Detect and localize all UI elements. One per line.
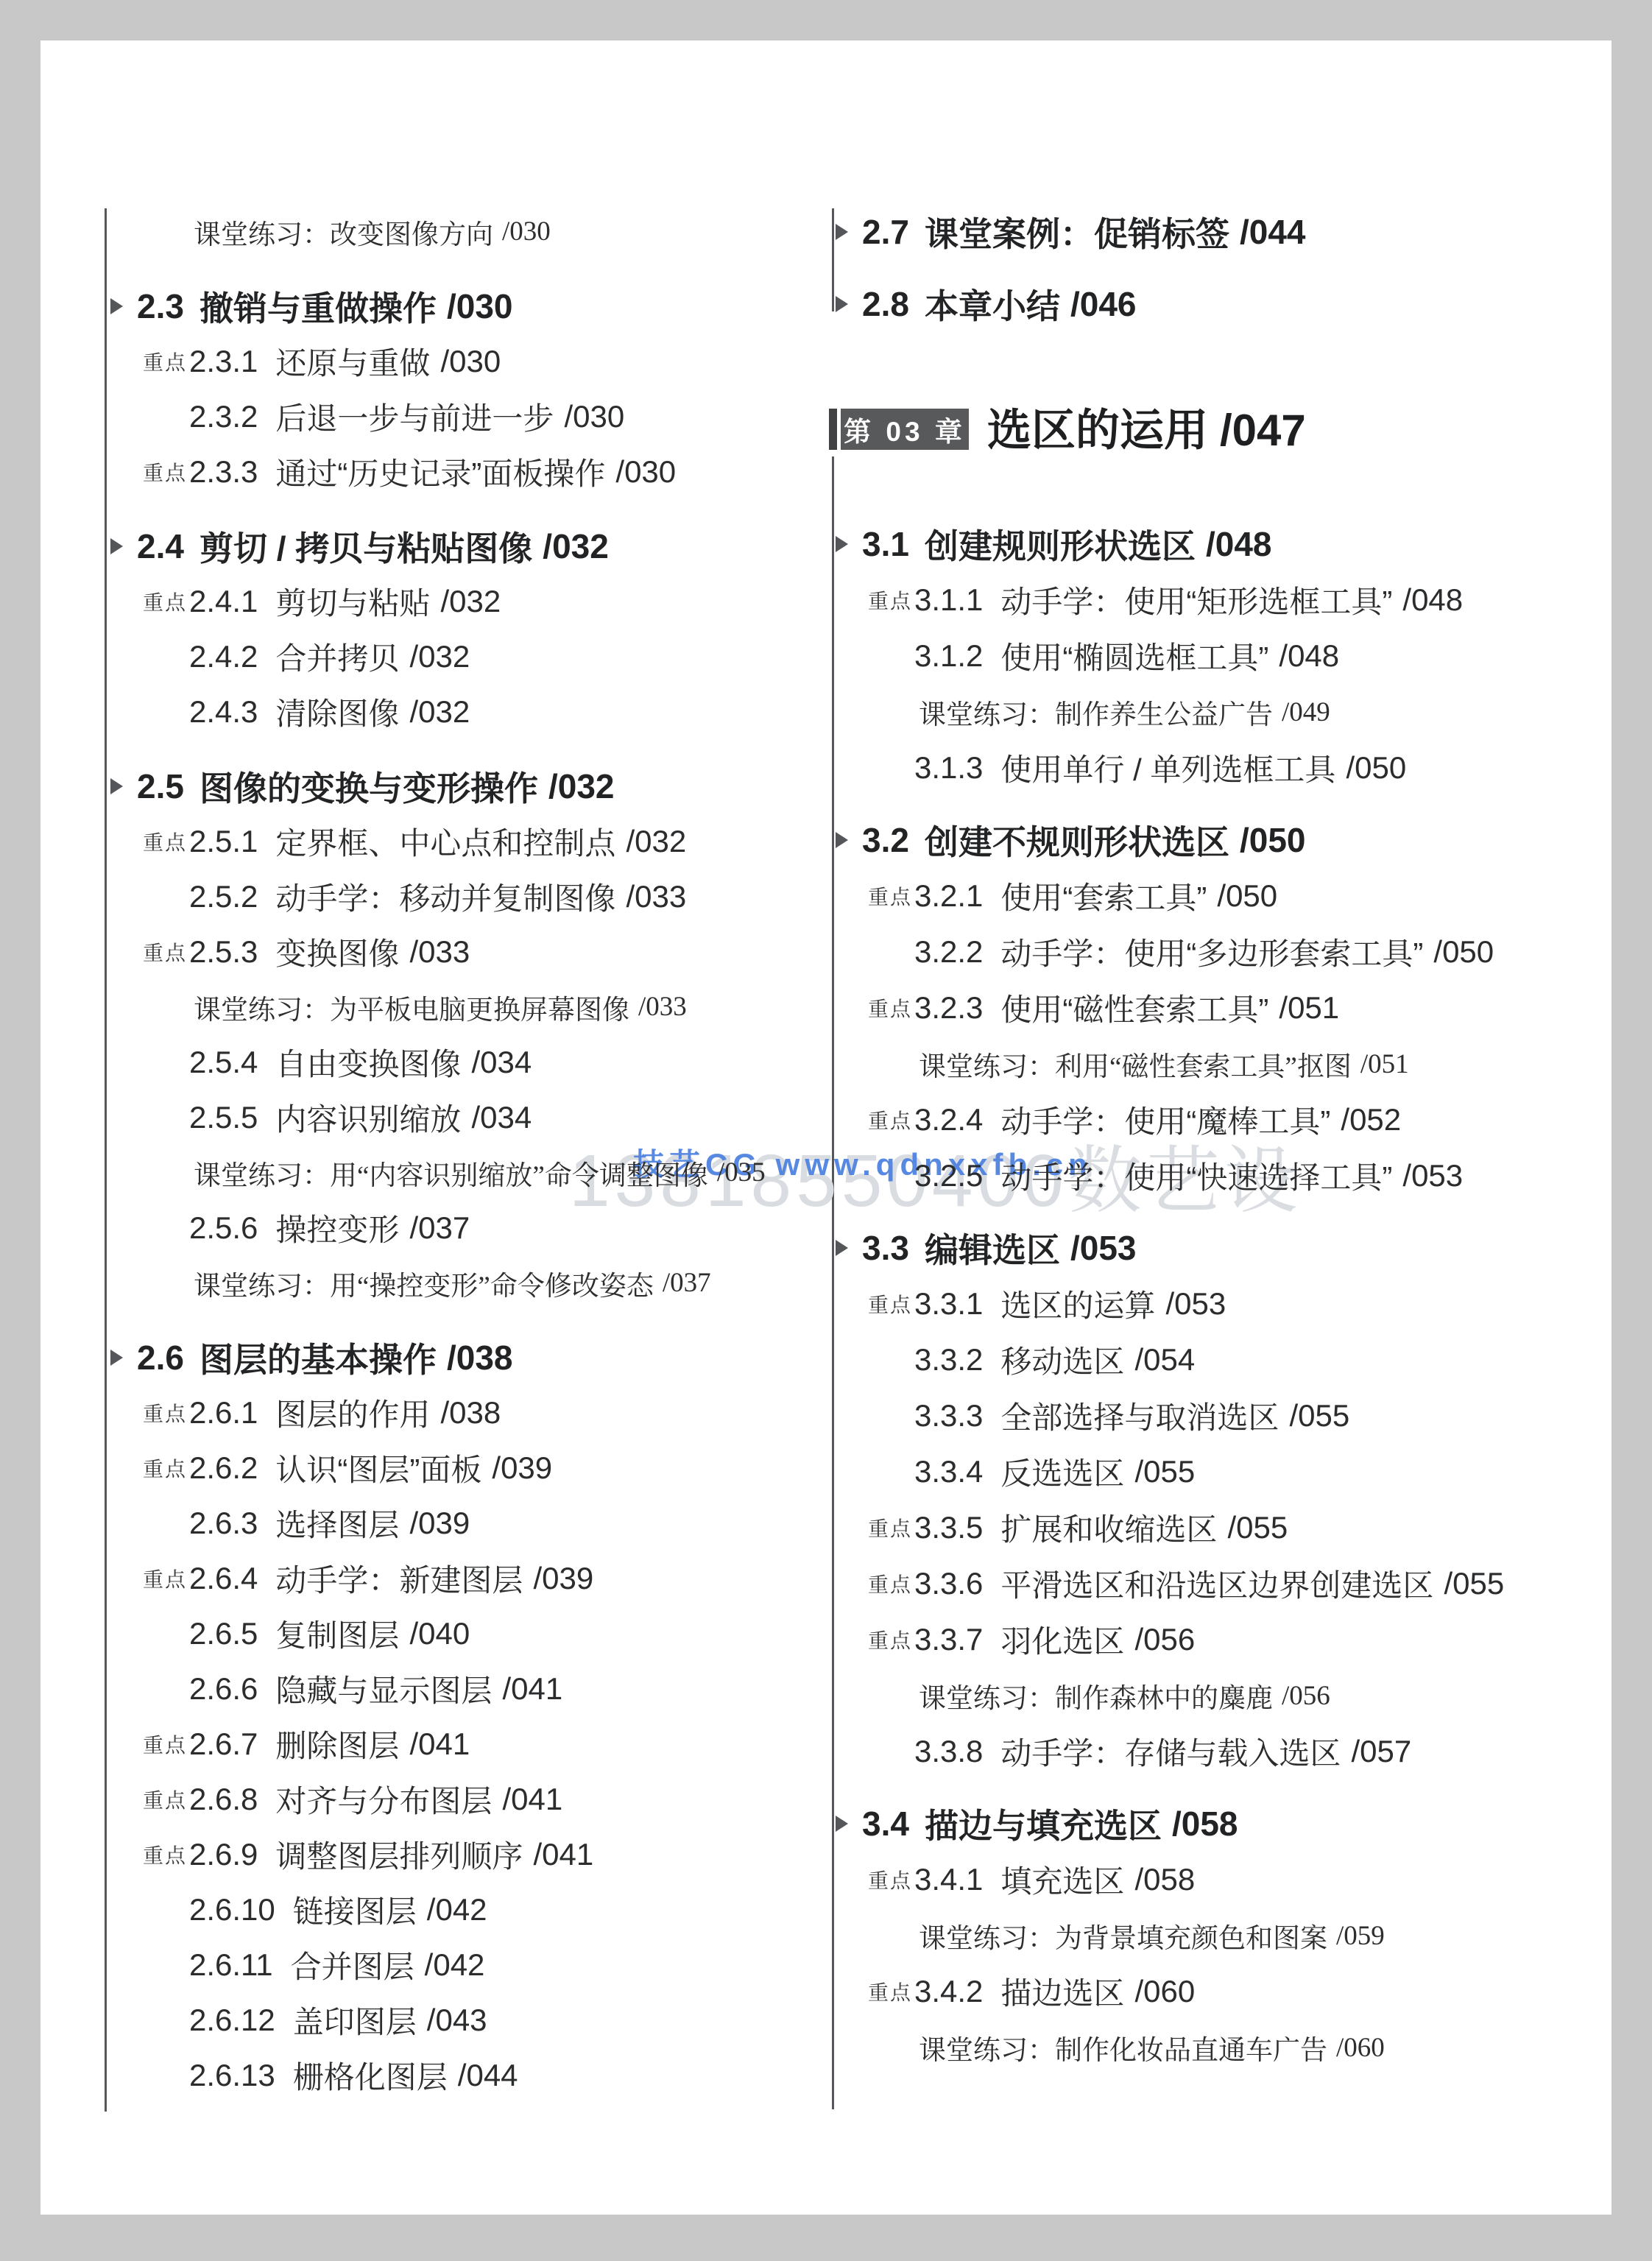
item-number: 2.6.1 (189, 1395, 258, 1431)
important-badge: 重点 (143, 1729, 187, 1759)
toc-item-sub: 2.6.5复制图层/040 (40, 1606, 766, 1661)
toc-item-section: 2.7课堂案例：促销标签/044 (766, 204, 1612, 260)
item-page: /039 (533, 1561, 593, 1596)
item-page: /032 (548, 766, 615, 806)
item-page: /058 (1172, 1804, 1238, 1844)
toc-item-exercise: 课堂练习：制作养生公益广告/049 (766, 684, 1612, 740)
item-number: 3.2.2 (914, 934, 983, 970)
toc-item-exercise: 课堂练习：用“操控变形”命令修改姿态/037 (40, 1255, 766, 1311)
section-marker-icon (110, 538, 123, 554)
item-title: 扩展和收缩选区 (1000, 1506, 1217, 1550)
item-page: /053 (1165, 1286, 1226, 1322)
important-badge: 重点 (868, 1105, 912, 1135)
section-marker-icon (836, 536, 848, 552)
exercise-label: 课堂练习：制作森林中的麋鹿 (919, 1676, 1273, 1715)
item-number: 3.3.2 (914, 1342, 983, 1378)
item-title: 使用“椭圆选框工具” (1000, 634, 1268, 678)
item-page: /050 (1346, 750, 1406, 786)
toc-item-sub: 2.4.3清除图像/032 (40, 684, 766, 739)
item-number: 3.1.3 (914, 750, 983, 786)
item-page: /050 (1433, 934, 1494, 970)
item-number: 2.5.1 (189, 824, 258, 859)
item-title: 描边与填充选区 (925, 1799, 1162, 1848)
item-number: 3.2.3 (914, 990, 983, 1026)
toc-item-sub: 重点2.3.1还原与重做/030 (40, 334, 766, 389)
item-title: 全部选择与取消选区 (1000, 1394, 1279, 1438)
important-badge: 重点 (143, 1840, 187, 1869)
item-page: /057 (1351, 1734, 1411, 1769)
item-page: /055 (1289, 1398, 1349, 1433)
item-page: /030 (447, 286, 513, 326)
chapter-title-group: 选区的运用/047 (987, 395, 1306, 459)
item-page: /058 (1134, 1862, 1195, 1897)
item-title: 变换图像 (275, 930, 399, 974)
toc-item-sub: 3.1.2使用“椭圆选框工具”/048 (766, 628, 1612, 684)
item-page: /049 (1282, 696, 1330, 728)
item-title: 通过“历史记录”面板操作 (275, 450, 605, 494)
item-title: 合并拷贝 (275, 635, 399, 679)
toc-item-sub: 重点2.6.1图层的作用/038 (40, 1385, 766, 1440)
item-page: /048 (1402, 582, 1463, 618)
toc-item-section: 2.8本章小结/046 (766, 276, 1612, 332)
item-title: 图层的作用 (275, 1391, 430, 1435)
toc-item-sub: 2.6.13栅格化图层/044 (40, 2047, 766, 2103)
item-page: /030 (615, 454, 676, 490)
toc-item-section: 2.5图像的变换与变形操作/032 (40, 758, 766, 814)
item-page: /041 (502, 1782, 562, 1817)
toc-item-sub: 3.2.5动手学：使用“快速选择工具”/053 (766, 1148, 1612, 1204)
toc-item-sub: 3.2.2动手学：使用“多边形套索工具”/050 (766, 924, 1612, 980)
item-page: /042 (425, 1947, 485, 1983)
item-number: 2.3.2 (189, 399, 258, 434)
item-number: 2.6.12 (189, 2003, 275, 2038)
item-title: 编辑选区 (925, 1224, 1060, 1272)
chapter-title: 选区的运用 (987, 406, 1208, 455)
item-title: 清除图像 (275, 690, 399, 734)
item-title: 栅格化图层 (293, 2053, 448, 2098)
item-title: 盖印图层 (293, 1998, 417, 2042)
item-title: 描边选区 (1000, 1969, 1124, 2014)
item-page: /038 (447, 1338, 513, 1378)
toc-item-sub: 2.5.5内容识别缩放/034 (40, 1090, 766, 1145)
item-page: /038 (440, 1395, 501, 1431)
item-page: /044 (458, 2058, 518, 2093)
toc-item-section: 2.4剪切 / 拷贝与粘贴图像/032 (40, 518, 766, 574)
important-badge: 重点 (143, 937, 187, 967)
item-title: 使用“磁性套索工具” (1000, 986, 1268, 1030)
item-page: /041 (409, 1726, 470, 1762)
toc-item-exercise: 课堂练习：制作化妆品直通车广告/060 (766, 2020, 1612, 2075)
toc-item-exercise: 课堂练习：改变图像方向/030 (40, 204, 766, 259)
chapter-number-badge: 第 03 章 (841, 409, 969, 450)
toc-item-sub: 重点3.2.3使用“磁性套索工具”/051 (766, 980, 1612, 1036)
section-marker-icon (836, 1240, 848, 1256)
toc-item-sub: 3.1.3使用单行 / 单列选框工具/050 (766, 740, 1612, 796)
item-page: /052 (1341, 1102, 1401, 1137)
toc-item-exercise: 课堂练习：用“内容识别缩放”命令调整图像/035 (40, 1145, 766, 1200)
toc-item-sub: 重点3.3.5扩展和收缩选区/055 (766, 1500, 1612, 1556)
item-title: 操控变形 (275, 1206, 399, 1250)
item-title: 选区的运算 (1000, 1282, 1155, 1326)
item-title: 动手学：移动并复制图像 (275, 875, 615, 919)
item-page: /060 (1336, 2032, 1385, 2064)
important-badge: 重点 (143, 1453, 187, 1483)
item-title: 调整图层排列顺序 (275, 1833, 523, 1877)
toc-column-left: 课堂练习：改变图像方向/0302.3撤销与重做操作/030重点2.3.1还原与重… (40, 204, 766, 2103)
important-badge: 重点 (143, 457, 187, 487)
section-marker-icon (836, 1816, 848, 1832)
toc-item-sub: 重点3.2.4动手学：使用“魔棒工具”/052 (766, 1092, 1612, 1148)
exercise-label: 课堂练习：为平板电脑更换屏幕图像 (194, 987, 629, 1027)
chapter-page: /047 (1220, 406, 1306, 455)
item-title: 内容识别缩放 (275, 1096, 461, 1140)
important-badge: 重点 (143, 587, 187, 616)
item-page: /053 (1402, 1158, 1463, 1193)
item-page: /030 (564, 399, 624, 434)
item-title: 复制图层 (275, 1612, 399, 1656)
important-badge: 重点 (868, 1977, 912, 2006)
toc-item-sub: 重点2.6.8对齐与分布图层/041 (40, 1771, 766, 1827)
item-page: /056 (1134, 1622, 1195, 1657)
exercise-label: 课堂练习：制作养生公益广告 (919, 692, 1273, 732)
item-title: 使用单行 / 单列选框工具 (1000, 746, 1335, 790)
item-title: 图层的基本操作 (200, 1333, 437, 1382)
toc-item-sub: 重点3.1.1动手学：使用“矩形选框工具”/048 (766, 572, 1612, 628)
important-badge: 重点 (868, 1865, 912, 1894)
item-page: /034 (471, 1100, 532, 1135)
item-title: 自由变换图像 (275, 1040, 461, 1084)
item-title: 删除图层 (275, 1722, 399, 1766)
section-marker-icon (110, 1350, 123, 1366)
item-title: 认识“图层”面板 (275, 1446, 481, 1490)
important-badge: 重点 (143, 1398, 187, 1428)
important-badge: 重点 (143, 827, 187, 856)
toc-item-sub: 重点2.6.9调整图层排列顺序/041 (40, 1827, 766, 1882)
item-number: 3.3.5 (914, 1510, 983, 1545)
important-badge: 重点 (868, 1289, 912, 1319)
important-badge: 重点 (143, 1564, 187, 1593)
exercise-label: 课堂练习：改变图像方向 (194, 212, 493, 252)
toc-item-sub: 3.3.2移动选区/054 (766, 1332, 1612, 1388)
book-page: 13818550400数艺设 技艺CG www.qdnxxfb.cn 课堂练习：… (40, 40, 1612, 2215)
item-number: 3.2 (862, 820, 909, 860)
item-number: 3.3.6 (914, 1566, 983, 1601)
item-title: 选择图层 (275, 1501, 399, 1545)
item-title: 羽化选区 (1000, 1618, 1124, 1662)
item-title: 动手学：存储与载入选区 (1000, 1729, 1341, 1774)
toc-item-exercise: 课堂练习：利用“磁性套索工具”抠图/051 (766, 1036, 1612, 1092)
item-number: 3.4.1 (914, 1862, 983, 1897)
item-page: /051 (1360, 1048, 1409, 1080)
item-page: /039 (409, 1506, 470, 1541)
toc-item-exercise: 课堂练习：为背景填充颜色和图案/059 (766, 1908, 1612, 1964)
item-page: /041 (502, 1671, 562, 1707)
toc-item-section: 3.2创建不规则形状选区/050 (766, 812, 1612, 868)
item-number: 2.5.3 (189, 934, 258, 970)
toc-item-sub: 重点2.5.3变换图像/033 (40, 924, 766, 979)
item-page: /048 (1206, 524, 1272, 564)
item-page: /032 (409, 694, 470, 730)
item-page: /032 (409, 639, 470, 674)
item-page: /054 (1134, 1342, 1195, 1378)
toc-item-section: 2.6图层的基本操作/038 (40, 1330, 766, 1385)
item-title: 还原与重做 (275, 339, 430, 384)
item-title: 链接图层 (293, 1888, 417, 1932)
important-badge: 重点 (143, 1785, 187, 1814)
item-number: 3.2.5 (914, 1158, 983, 1193)
item-page: /059 (1336, 1920, 1385, 1952)
toc-item-sub: 2.5.6操控变形/037 (40, 1200, 766, 1255)
item-number: 3.1.1 (914, 582, 983, 618)
toc-item-sub: 重点3.3.1选区的运算/053 (766, 1276, 1612, 1332)
item-page: /050 (1217, 878, 1277, 914)
item-page: /044 (1240, 212, 1306, 252)
toc-item-sub: 2.6.10链接图层/042 (40, 1882, 766, 1937)
toc-item-sub: 重点3.3.6平滑选区和沿选区边界创建选区/055 (766, 1556, 1612, 1612)
item-number: 2.6.3 (189, 1506, 258, 1541)
item-number: 2.5.2 (189, 879, 258, 914)
toc-item-sub: 重点2.6.4动手学：新建图层/039 (40, 1551, 766, 1606)
item-number: 2.5 (137, 766, 184, 806)
item-title: 合并图层 (291, 1943, 414, 1987)
item-page: /051 (1279, 990, 1339, 1026)
item-number: 2.4.1 (189, 584, 258, 619)
toc-item-sub: 重点3.2.1使用“套索工具”/050 (766, 868, 1612, 924)
item-page: /030 (440, 344, 501, 379)
toc-item-sub: 2.5.2动手学：移动并复制图像/033 (40, 869, 766, 924)
toc-item-section: 3.4描边与填充选区/058 (766, 1796, 1612, 1852)
item-number: 2.6.8 (189, 1782, 258, 1817)
section-marker-icon (836, 832, 848, 848)
item-page: /048 (1279, 638, 1339, 674)
important-badge: 重点 (143, 347, 187, 376)
item-page: /033 (626, 879, 686, 914)
item-page: /033 (638, 991, 687, 1023)
exercise-label: 课堂练习：用“内容识别缩放”命令调整图像 (194, 1153, 708, 1193)
toc-item-section: 3.3编辑选区/053 (766, 1220, 1612, 1276)
toc-item-sub: 2.6.12盖印图层/043 (40, 1992, 766, 2047)
item-page: /032 (440, 584, 501, 619)
item-title: 动手学：使用“矩形选框工具” (1000, 578, 1392, 622)
item-number: 3.3.7 (914, 1622, 983, 1657)
section-marker-icon (110, 298, 123, 314)
scanned-toc-page: { "page": { "background_color": "#c8c8c8… (0, 0, 1652, 2261)
toc-item-sub: 3.3.4反选选区/055 (766, 1444, 1612, 1500)
section-marker-icon (836, 224, 848, 240)
toc-item-sub: 重点2.6.2认识“图层”面板/039 (40, 1440, 766, 1495)
item-page: /041 (533, 1837, 593, 1872)
toc-column-right: 2.7课堂案例：促销标签/0442.8本章小结/046第 03 章选区的运用/0… (766, 204, 1612, 2075)
item-title: 动手学：新建图层 (275, 1556, 523, 1601)
exercise-label: 课堂练习：制作化妆品直通车广告 (919, 2028, 1327, 2067)
item-page: /037 (409, 1210, 470, 1246)
important-badge: 重点 (868, 1625, 912, 1654)
item-number: 3.2.4 (914, 1102, 983, 1137)
item-title: 使用“套索工具” (1000, 874, 1207, 918)
item-title: 移动选区 (1000, 1338, 1124, 1382)
item-title: 创建不规则形状选区 (925, 816, 1229, 864)
item-number: 2.6.7 (189, 1726, 258, 1762)
item-page: /055 (1444, 1566, 1504, 1601)
item-page: /035 (717, 1157, 766, 1188)
toc-item-sub: 重点3.4.1填充选区/058 (766, 1852, 1612, 1908)
item-number: 2.6.4 (189, 1561, 258, 1596)
toc-item-sub: 2.6.6隐藏与显示图层/041 (40, 1661, 766, 1716)
item-number: 2.6.13 (189, 2058, 275, 2093)
item-number: 3.3.4 (914, 1454, 983, 1489)
item-title: 课堂案例：促销标签 (925, 208, 1229, 256)
item-title: 对齐与分布图层 (275, 1777, 492, 1821)
toc-item-sub: 3.3.3全部选择与取消选区/055 (766, 1388, 1612, 1444)
item-number: 2.6.5 (189, 1616, 258, 1651)
item-title: 平滑选区和沿选区边界创建选区 (1000, 1562, 1433, 1606)
item-title: 动手学：使用“快速选择工具” (1000, 1154, 1392, 1198)
item-title: 撤销与重做操作 (200, 282, 437, 331)
item-title: 本章小结 (925, 280, 1060, 328)
item-number: 3.2.1 (914, 878, 983, 914)
important-badge: 重点 (868, 881, 912, 911)
toc-item-sub: 重点3.3.7羽化选区/056 (766, 1612, 1612, 1668)
item-number: 2.4.2 (189, 639, 258, 674)
chapter-accent-bar (829, 409, 837, 450)
item-title: 反选选区 (1000, 1450, 1124, 1494)
exercise-label: 课堂练习：利用“磁性套索工具”抠图 (919, 1044, 1352, 1084)
item-page: /032 (543, 526, 609, 566)
toc-item-sub: 重点2.4.1剪切与粘贴/032 (40, 574, 766, 629)
item-number: 2.3 (137, 286, 184, 326)
item-number: 3.3.3 (914, 1398, 983, 1433)
item-number: 2.6.9 (189, 1837, 258, 1872)
important-badge: 重点 (868, 1569, 912, 1598)
important-badge: 重点 (868, 585, 912, 615)
item-number: 2.6.10 (189, 1892, 275, 1927)
toc-item-exercise: 课堂练习：制作森林中的麋鹿/056 (766, 1668, 1612, 1724)
section-marker-icon (110, 778, 123, 794)
item-number: 2.4.3 (189, 694, 258, 730)
item-title: 后退一步与前进一步 (275, 395, 554, 439)
item-page: /030 (502, 216, 551, 247)
item-title: 定界框、中心点和控制点 (275, 819, 615, 864)
item-title: 隐藏与显示图层 (275, 1667, 492, 1711)
item-number: 3.3.1 (914, 1286, 983, 1322)
item-page: /040 (409, 1616, 470, 1651)
item-number: 2.6 (137, 1338, 184, 1378)
item-title: 剪切 / 拷贝与粘贴图像 (200, 522, 532, 571)
item-title: 创建规则形状选区 (925, 520, 1196, 568)
item-page: /033 (409, 934, 470, 970)
item-number: 2.7 (862, 212, 909, 252)
item-page: /053 (1070, 1228, 1137, 1268)
toc-item-sub: 重点2.3.3通过“历史记录”面板操作/030 (40, 444, 766, 499)
toc-item-sub: 2.6.11合并图层/042 (40, 1937, 766, 1992)
toc-item-sub: 2.4.2合并拷贝/032 (40, 629, 766, 684)
item-page: /055 (1227, 1510, 1288, 1545)
important-badge: 重点 (868, 993, 912, 1023)
chapter-heading-row: 第 03 章选区的运用/047 (766, 391, 1612, 500)
item-number: 2.6.2 (189, 1450, 258, 1486)
item-number: 3.1.2 (914, 638, 983, 674)
item-number: 3.3.8 (914, 1734, 983, 1769)
item-number: 2.3.1 (189, 344, 258, 379)
toc-item-sub: 重点3.4.2描边选区/060 (766, 1964, 1612, 2020)
item-title: 剪切与粘贴 (275, 579, 430, 624)
toc-item-section: 3.1创建规则形状选区/048 (766, 516, 1612, 572)
item-number: 3.1 (862, 524, 909, 564)
item-title: 填充选区 (1000, 1858, 1124, 1902)
item-number: 2.6.11 (189, 1947, 273, 1983)
item-number: 3.4.2 (914, 1974, 983, 2009)
item-title: 动手学：使用“魔棒工具” (1000, 1098, 1330, 1142)
toc-item-sub: 重点2.5.1定界框、中心点和控制点/032 (40, 814, 766, 869)
item-page: /043 (427, 2003, 487, 2038)
item-number: 3.3 (862, 1228, 909, 1268)
item-page: /055 (1134, 1454, 1195, 1489)
toc-item-sub: 重点2.6.7删除图层/041 (40, 1716, 766, 1771)
item-page: /056 (1282, 1680, 1330, 1712)
toc-item-sub: 3.3.8动手学：存储与载入选区/057 (766, 1724, 1612, 1779)
section-marker-icon (836, 296, 848, 312)
item-number: 2.8 (862, 284, 909, 324)
toc-item-section: 2.3撤销与重做操作/030 (40, 278, 766, 334)
toc-item-sub: 2.5.4自由变换图像/034 (40, 1034, 766, 1090)
item-number: 3.4 (862, 1804, 909, 1844)
item-page: /042 (427, 1892, 487, 1927)
item-number: 2.5.6 (189, 1210, 258, 1246)
item-number: 2.5.4 (189, 1045, 258, 1080)
item-number: 2.4 (137, 526, 184, 566)
exercise-label: 课堂练习：为背景填充颜色和图案 (919, 1916, 1327, 1955)
item-page: /037 (663, 1267, 711, 1299)
item-page: /034 (471, 1045, 532, 1080)
toc-item-sub: 2.6.3选择图层/039 (40, 1495, 766, 1551)
item-page: /039 (492, 1450, 552, 1486)
toc-item-sub: 2.3.2后退一步与前进一步/030 (40, 389, 766, 444)
item-page: /050 (1240, 820, 1306, 860)
item-number: 2.6.6 (189, 1671, 258, 1707)
toc-item-exercise: 课堂练习：为平板电脑更换屏幕图像/033 (40, 979, 766, 1034)
exercise-label: 课堂练习：用“操控变形”命令修改姿态 (194, 1263, 654, 1303)
item-number: 2.3.3 (189, 454, 258, 490)
item-page: /046 (1070, 284, 1137, 324)
item-title: 图像的变换与变形操作 (200, 762, 538, 811)
item-page: /032 (626, 824, 686, 859)
item-number: 2.5.5 (189, 1100, 258, 1135)
item-title: 动手学：使用“多边形套索工具” (1000, 930, 1423, 974)
important-badge: 重点 (868, 1513, 912, 1542)
item-page: /060 (1134, 1974, 1195, 2009)
